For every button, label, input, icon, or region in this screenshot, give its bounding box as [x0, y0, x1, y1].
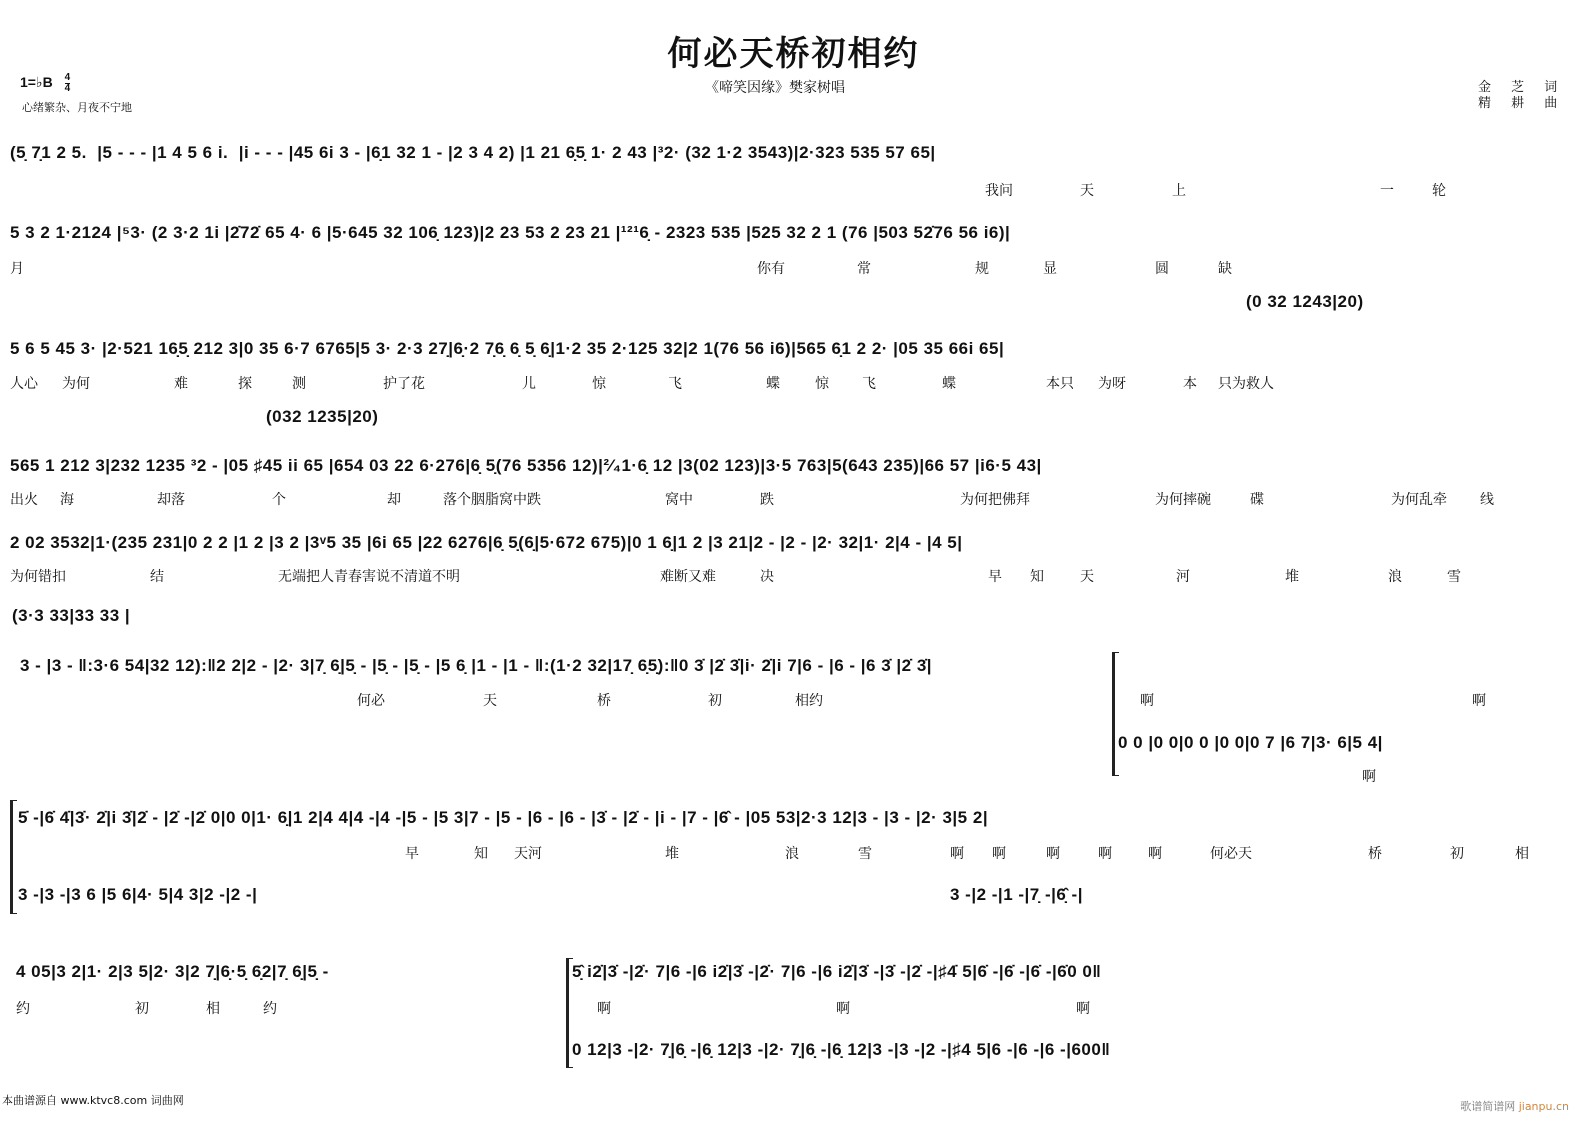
lyric-syllable: 天河	[514, 843, 542, 863]
lyric-syllable: 早	[988, 566, 1002, 586]
lyrics-row-5: 为何错扣结无端把人青春害说不清道不明难断又难决早知天河堆浪雪	[0, 566, 1587, 586]
lyric-syllable: 初	[1450, 843, 1464, 863]
time-signature: 4 4	[65, 73, 71, 94]
lyric-syllable: 惊	[592, 373, 606, 393]
lyric-syllable: 初	[135, 998, 149, 1018]
lyric-syllable: 我问	[985, 180, 1013, 200]
lyric-syllable: 窝中	[665, 489, 693, 509]
lyric-syllable: 初	[708, 690, 722, 710]
notation-row-6-lower: 0 0 |0 0|0 0 |0 0|0 7 |6 7|3· 6|5 4|	[1118, 733, 1383, 753]
lyric-syllable: 决	[760, 566, 774, 586]
lyric-syllable: 浪	[1388, 566, 1402, 586]
notation-row-8: 4 05|3 2|1· 2|3 5|2· 3|2 7̣|6̣·5̣ 6̣2|7̣…	[16, 962, 329, 982]
watermark-text: 歌谱简谱网	[1460, 1100, 1515, 1113]
lyric-syllable: 惊	[815, 373, 829, 393]
lyric-syllable: 相	[1515, 843, 1529, 863]
lyric-syllable: 本只	[1046, 373, 1074, 393]
notation-row-7-lower: 3 -|3 -|3 6 |5 6|4· 5|4 3|2 -|2 -|	[18, 885, 257, 905]
lyric-syllable: 堆	[665, 843, 679, 863]
composer-credit: 精 耕 曲	[1478, 96, 1565, 112]
lyric-syllable: 啊	[1076, 998, 1090, 1018]
lyric-syllable: 知	[1030, 566, 1044, 586]
lyric-syllable: 啊	[1472, 690, 1486, 710]
lyric-syllable: 规	[975, 258, 989, 278]
lyric-syllable: 线	[1480, 489, 1494, 509]
lyric-syllable: 天	[483, 690, 497, 710]
notation-row-1: (5̣ 7̣1 2 5. |5 - - - |1 4 5 6 i. |i - -…	[10, 143, 936, 163]
lyric-syllable: 雪	[858, 843, 872, 863]
lyric-syllable: 却落	[157, 489, 185, 509]
lyric-syllable: 蝶	[942, 373, 956, 393]
lyric-syllable: 河	[1176, 566, 1190, 586]
lyric-syllable: 上	[1172, 180, 1186, 200]
lyric-syllable: 儿	[522, 373, 536, 393]
part-brace-1	[1112, 652, 1119, 776]
lyric-syllable: 何必天	[1210, 843, 1252, 863]
lyric-syllable: 桥	[597, 690, 611, 710]
lyrics-row-6-lower: 啊	[0, 766, 1587, 786]
lyric-syllable: 缺	[1218, 258, 1232, 278]
lyric-syllable: 桥	[1368, 843, 1382, 863]
notation-row-8-lower: 0 12|3 -|2· 7̣|6̣ -|6̣ 12|3 -|2· 7̣|6̣ -…	[572, 1040, 1110, 1060]
lyric-syllable: 只为救人	[1218, 373, 1274, 393]
lyric-syllable: 海	[60, 489, 74, 509]
notation-row-6: 3 - |3 - ‖:3·6 54|32 12):‖2 2|2 - |2· 3|…	[20, 656, 932, 676]
notation-row-7: 5̇ -|6̇ 4̇|3̇· 2̇|i 3̇|2̇ - |2̇ -|2̇ 0|0…	[18, 808, 988, 828]
credits: 金 芝 词 精 耕 曲	[1478, 80, 1565, 112]
lyric-syllable: 雪	[1447, 566, 1461, 586]
lyric-syllable: 啊	[597, 998, 611, 1018]
lyricist-credit: 金 芝 词	[1478, 80, 1565, 96]
lyric-syllable: 为何把佛拜	[960, 489, 1030, 509]
lyric-syllable: 出火	[10, 489, 38, 509]
lyric-syllable: 轮	[1432, 180, 1446, 200]
lyric-syllable: 啊	[836, 998, 850, 1018]
song-title: 何必天桥初相约	[0, 26, 1587, 75]
lyric-syllable: 相	[206, 998, 220, 1018]
lyric-syllable: 飞	[668, 373, 682, 393]
lyric-syllable: 知	[474, 843, 488, 863]
lyric-syllable: 相约	[795, 690, 823, 710]
lyric-syllable: 难断又难	[660, 566, 716, 586]
lyric-syllable: 何必	[357, 690, 385, 710]
lyric-syllable: 为何摔碗	[1155, 489, 1211, 509]
lyrics-row-1: 我问天上一轮	[0, 180, 1587, 200]
notation-row-4: 565 1 212 3|232 1235 ³2 - |05 ♯45 ii 65 …	[10, 456, 1042, 476]
source-credit: 本曲谱源自 www.ktvc8.com 词曲网	[2, 1092, 184, 1108]
lyric-syllable: 月	[10, 258, 24, 278]
notation-row-6-upper: (3·3 33|33 33 |	[12, 606, 130, 626]
lyric-syllable: 却	[387, 489, 401, 509]
lyric-syllable: 为呀	[1098, 373, 1126, 393]
key-signature: 1=♭B	[20, 74, 53, 90]
lyric-syllable: 一	[1380, 180, 1394, 200]
song-subtitle: 《啼笑因缘》樊家树唱	[705, 77, 845, 97]
lyrics-row-4: 出火海却落个却落个胭脂窝中跌窝中跌为何把佛拜为何摔碗碟为何乱牵线	[0, 489, 1587, 509]
lyric-syllable: 人心	[10, 373, 38, 393]
watermark: 歌谱简谱网 jianpu.cn	[1460, 1098, 1569, 1114]
lyric-syllable: 本	[1183, 373, 1197, 393]
watermark-site: jianpu.cn	[1519, 1100, 1569, 1113]
lyric-syllable: 约	[16, 998, 30, 1018]
lyric-syllable: 无端把人青春害说不清道不明	[278, 566, 460, 586]
lyrics-row-8: 约初相约啊啊啊	[0, 998, 1587, 1018]
notation-row-7-lower-right: 3 -|2 -|1 -|7̣ -|6̣̂ -|	[950, 885, 1083, 905]
key-signature-block: 1=♭B 4 4	[20, 73, 70, 94]
lyrics-row-6: 何必天桥初相约啊啊	[0, 690, 1587, 710]
lyrics-row-3: 人心为何难探测护了花儿惊飞蝶惊飞蝶本只为呀本只为救人	[0, 373, 1587, 393]
lyric-syllable: 个	[272, 489, 286, 509]
lyric-syllable: 天	[1080, 180, 1094, 200]
lyric-syllable: 啊	[1046, 843, 1060, 863]
lyric-syllable: 啊	[992, 843, 1006, 863]
lyric-syllable: 测	[292, 373, 306, 393]
lyric-syllable: 碟	[1250, 489, 1264, 509]
expression-mark: 心绪繁杂、月夜不宁地	[22, 99, 132, 115]
lyric-syllable: 约	[263, 998, 277, 1018]
lyric-syllable: 啊	[1140, 690, 1154, 710]
notation-row-5: 2 02 3532|1·(235 231|0 2 2 |1 2 |3 2 |3ᵛ…	[10, 533, 963, 553]
notation-row-2-interlude: (0 32 1243|20)	[1246, 292, 1364, 312]
lyric-syllable: 为何错扣	[10, 566, 66, 586]
lyric-syllable: 浪	[785, 843, 799, 863]
lyric-syllable: 啊	[950, 843, 964, 863]
lyric-syllable: 早	[405, 843, 419, 863]
lyric-syllable: 结	[150, 566, 164, 586]
lyrics-row-7: 早知天河堆浪雪啊啊啊啊啊何必天桥初相	[0, 843, 1587, 863]
lyric-syllable: 圆	[1155, 258, 1169, 278]
lyric-syllable: 为何	[62, 373, 90, 393]
time-signature-bottom: 4	[65, 84, 71, 94]
lyric-syllable: 显	[1043, 258, 1057, 278]
notation-row-2: 5 3 2 1·2124 |⁵3· (2 3·2 1i |2̇72̇ 65 4·…	[10, 223, 1010, 243]
lyric-syllable: 蝶	[766, 373, 780, 393]
lyric-syllable: 难	[174, 373, 188, 393]
notation-row-3-interlude: (032 1235|20)	[266, 407, 378, 427]
lyric-syllable: 飞	[862, 373, 876, 393]
lyric-syllable: 常	[857, 258, 871, 278]
lyric-syllable: 堆	[1285, 566, 1299, 586]
lyrics-row-2: 月你有常规显圆缺	[0, 258, 1587, 278]
lyric-syllable: 护了花	[383, 373, 425, 393]
lyric-syllable: 啊	[1148, 843, 1162, 863]
notation-row-3: 5 6 5 45 3· |2·521 16̣5̣ 212 3|0 35 6·7 …	[10, 339, 1004, 359]
lyric-syllable: 探	[238, 373, 252, 393]
lyric-syllable: 你有	[757, 258, 785, 278]
notation-row-8-upper-right: 5̣̂ i2̇|3̇ -|2̇· 7|6 -|6 i2̇|3̇ -|2̇· 7|…	[572, 962, 1101, 982]
lyric-syllable: 落个胭脂窝中跌	[443, 489, 541, 509]
lyric-syllable: 为何乱牵	[1391, 489, 1447, 509]
lyric-syllable: 天	[1080, 566, 1094, 586]
lyric-syllable: 啊	[1098, 843, 1112, 863]
lyric-syllable: 啊	[1362, 766, 1376, 786]
lyric-syllable: 跌	[760, 489, 774, 509]
